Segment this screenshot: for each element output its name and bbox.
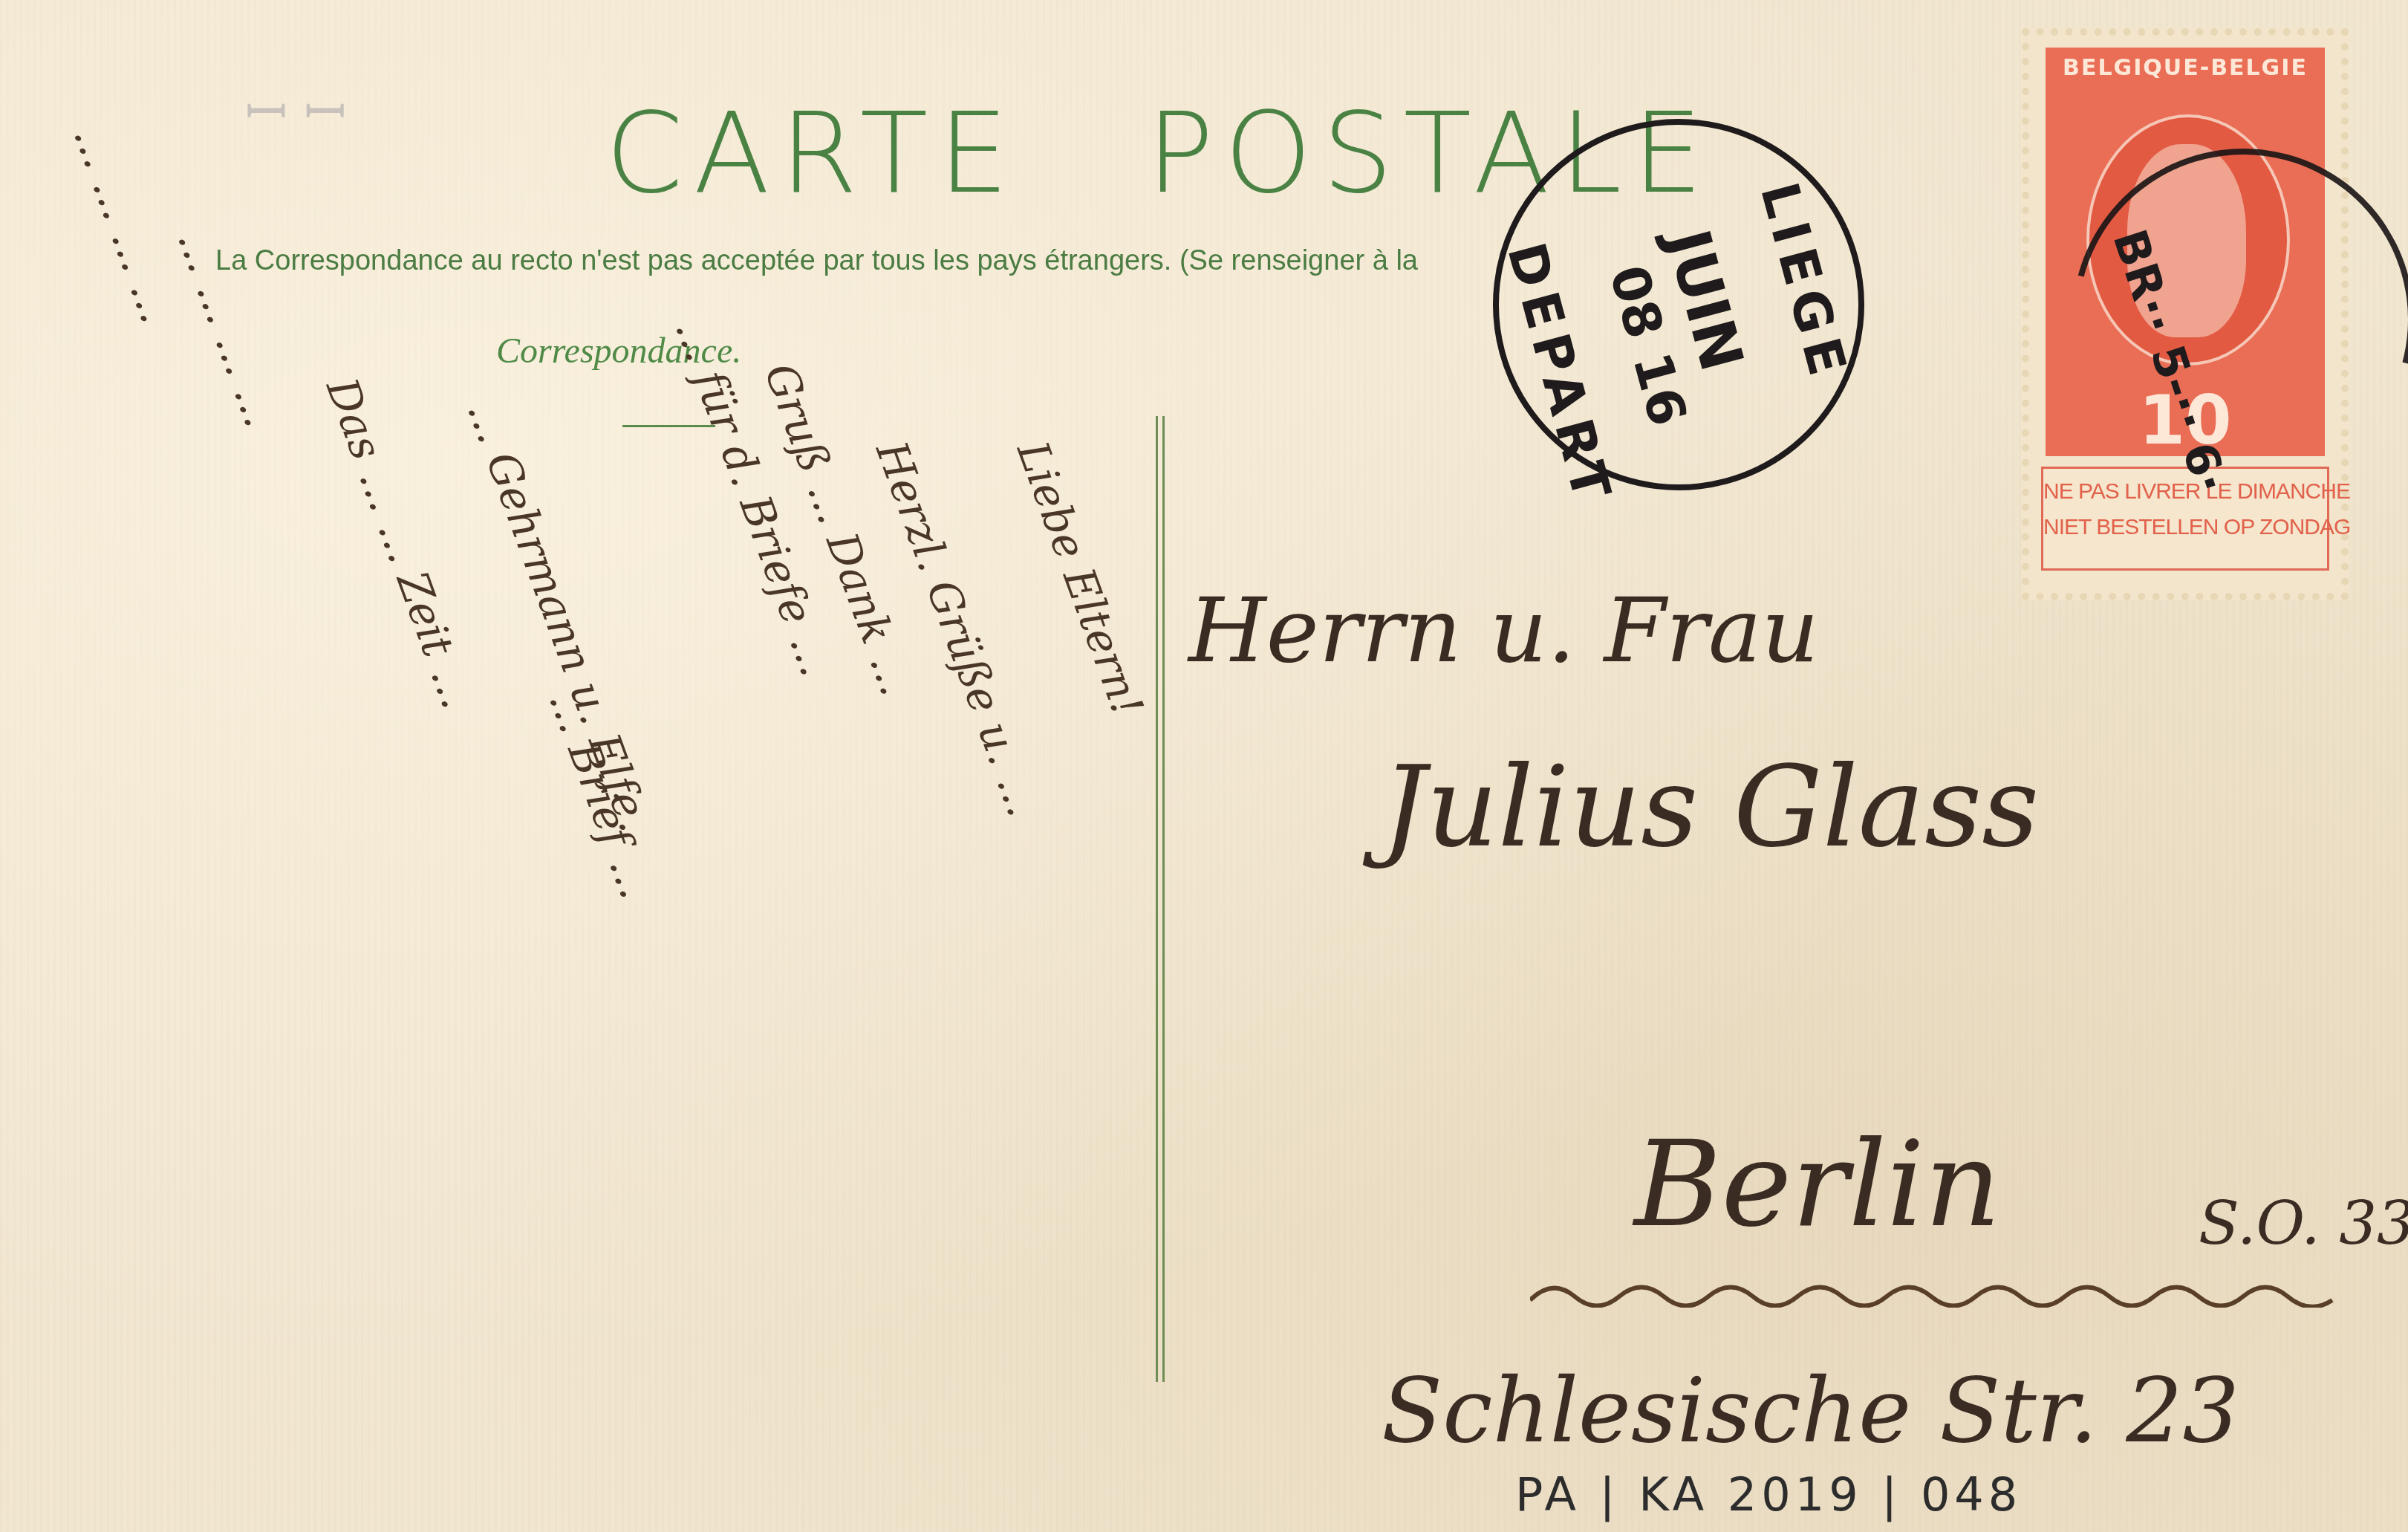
message-line: ... Gehrmann u. Elfe. xyxy=(458,394,660,838)
address-city: Berlin xyxy=(1634,1114,2001,1253)
postcard-back: ꟷ ꟷ CARTE POSTALE La Correspondance au r… xyxy=(0,0,2408,1532)
faint-pencil-marks: ꟷ ꟷ xyxy=(245,74,346,146)
address-postal-district: S.O. 33 xyxy=(2199,1189,2408,1258)
correspondence-notice: La Correspondance au recto n'est pas acc… xyxy=(215,245,1418,277)
stamp-tab-dutch: NIET BESTELLEN OP ZONDAG xyxy=(2043,515,2327,540)
message-line: Das ... ... Zeit ... xyxy=(316,371,483,715)
stamp-country: BELGIQUE-BELGIE xyxy=(2046,55,2325,81)
archive-number: PA | KA 2019 | 048 xyxy=(1515,1467,2022,1522)
message-line: ... ... ... ... xyxy=(64,119,181,329)
address-street: Schlesische Str. 23 xyxy=(1382,1360,2239,1463)
message-address-divider xyxy=(1156,416,1165,1382)
address-underline xyxy=(1530,1278,2347,1308)
message-line: Liebe Eltern! xyxy=(1007,435,1153,723)
postmark-city: LIEGE xyxy=(1748,176,1860,389)
address-name: Julius Glass xyxy=(1382,743,2039,872)
address-salutation: Herrn u. Frau xyxy=(1188,580,1819,683)
